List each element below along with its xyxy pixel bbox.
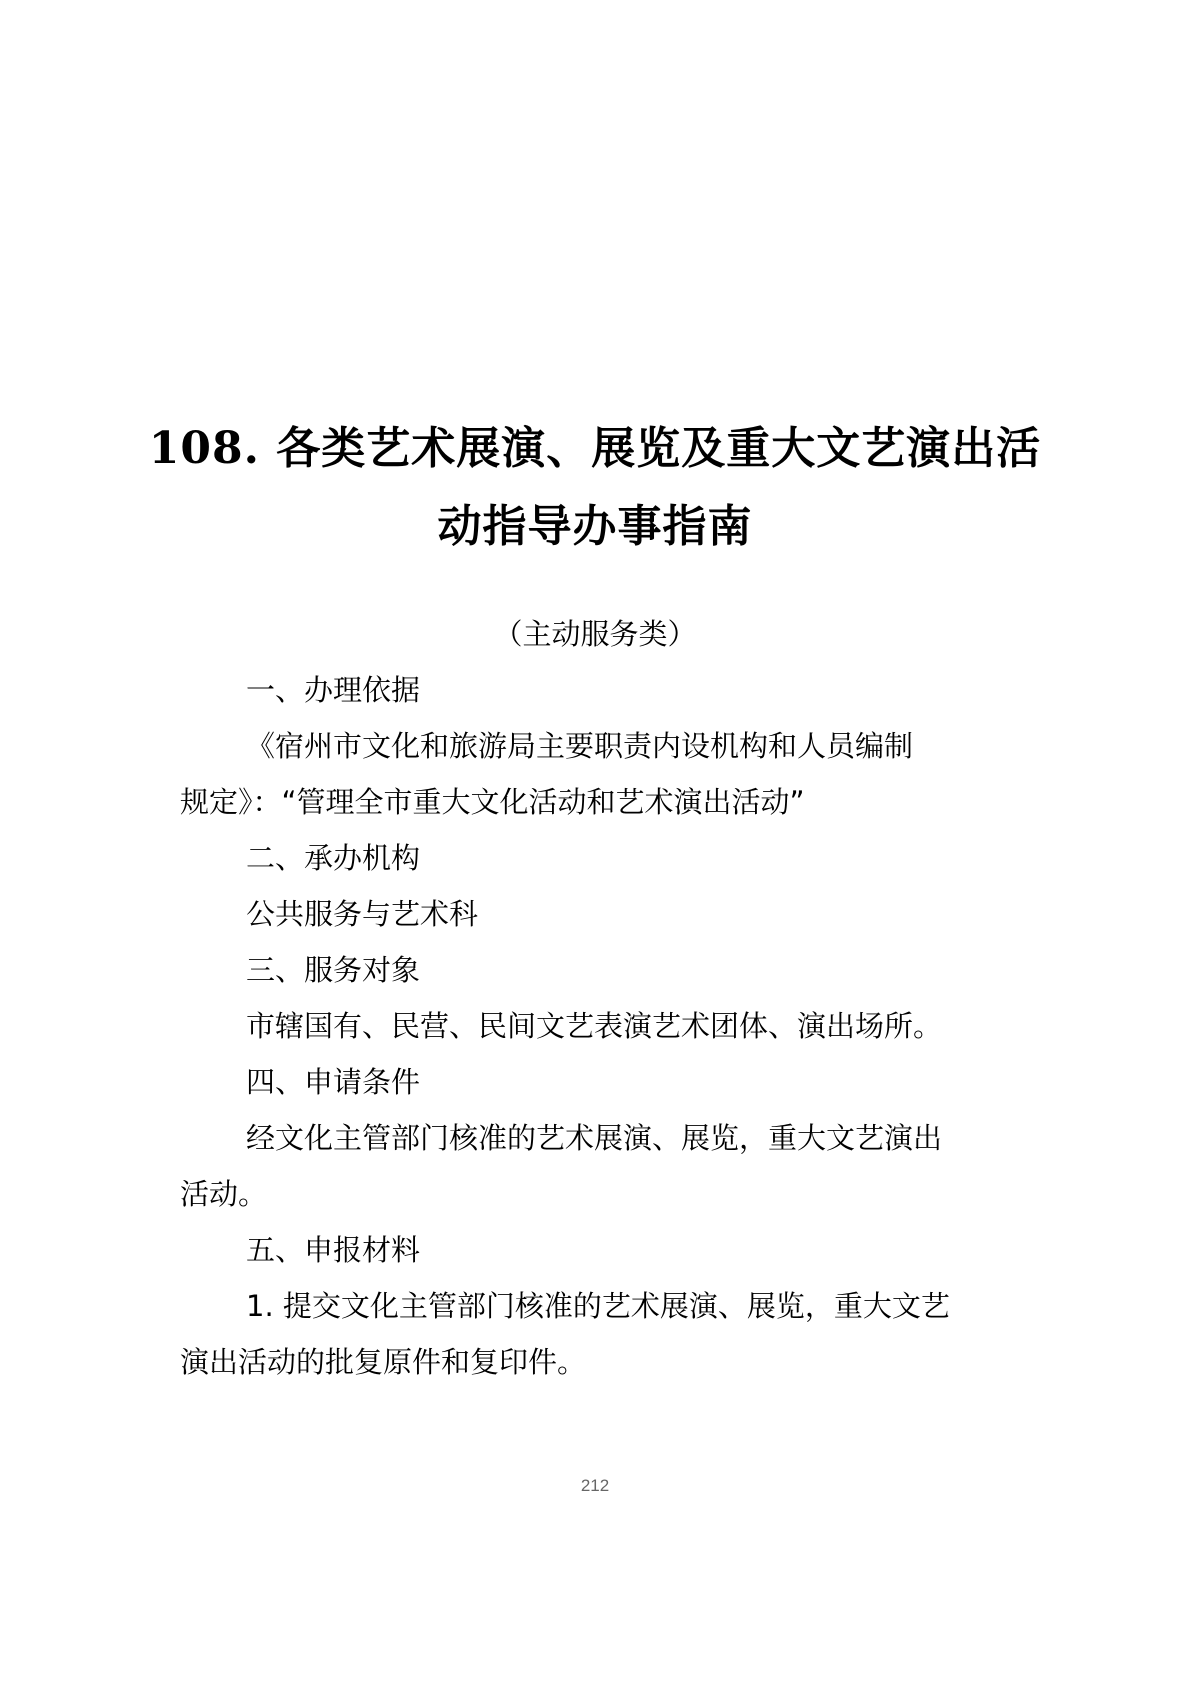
body-line: 《宿州市文化和旅游局主要职责内设机构和人员编制	[246, 724, 913, 765]
body-line: 经文化主管部门核准的艺术展演、展览，重大文艺演出	[246, 1116, 942, 1157]
document-title-line-1: 108. 各类艺术展演、展览及重大文艺演出活	[0, 412, 1190, 476]
body-line: 活动。	[180, 1172, 267, 1213]
body-line: 公共服务与艺术科	[246, 892, 478, 933]
body-line: 一、办理依据	[246, 668, 420, 709]
body-line: 五、申报材料	[246, 1228, 420, 1269]
body-line: 四、申请条件	[246, 1060, 420, 1101]
body-line: 市辖国有、民营、民间文艺表演艺术团体、演出场所。	[246, 1004, 942, 1045]
body-line: 三、服务对象	[246, 948, 420, 989]
body-line: 1. 提交文化主管部门核准的艺术展演、展览，重大文艺	[246, 1284, 950, 1325]
body-line: 演出活动的批复原件和复印件。	[180, 1340, 586, 1381]
page-number: 212	[0, 1476, 1190, 1496]
document-subtitle: （主动服务类）	[0, 612, 1190, 653]
body-line: 二、承办机构	[246, 836, 420, 877]
body-line: 规定》：“管理全市重大文化活动和艺术演出活动”	[180, 780, 805, 821]
document-title-line-2: 动指导办事指南	[0, 490, 1190, 554]
